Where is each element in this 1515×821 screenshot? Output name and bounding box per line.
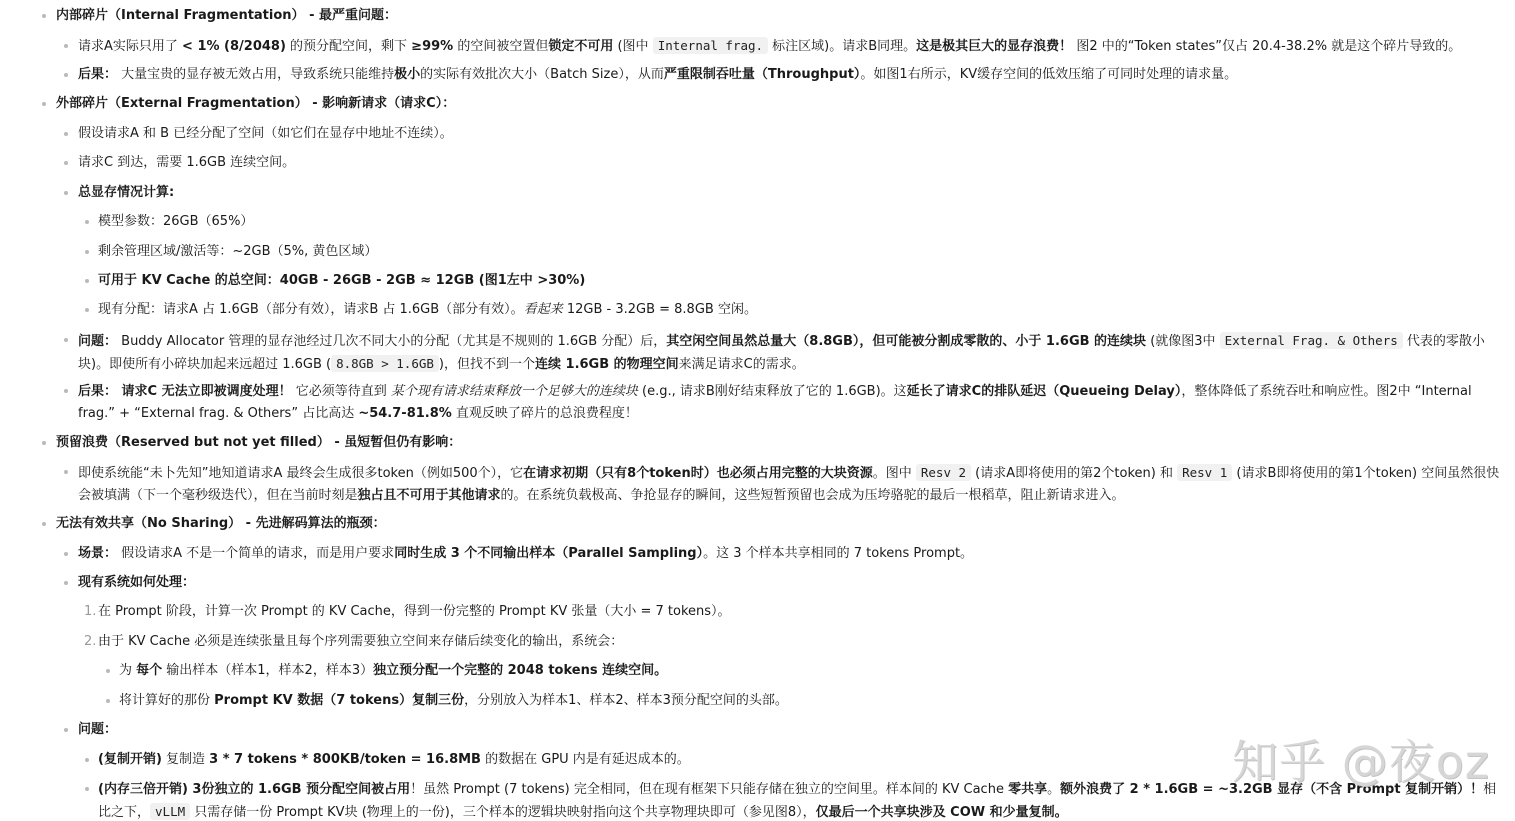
inline-code: Resv 2 <box>916 464 971 481</box>
heading-text: 外部碎片（External Fragmentation） <box>56 96 308 111</box>
text: 假设请求A 不是一个简单的请求，而是用户要求 <box>117 546 394 561</box>
bullet-icon <box>85 279 89 283</box>
paragraph-scene: 场景： 假设请求A 不是一个简单的请求，而是用户要求同时生成 3 个不同输出样本… <box>78 544 973 564</box>
paragraph-internal-2: 后果： 大量宝贵的显存被无效占用，导致系统只能维持极小的实际有效批次大小（Bat… <box>78 65 1237 85</box>
bold-text: 同时生成 3 个不同输出样本（Parallel Sampling） <box>394 546 703 561</box>
heading-subtitle: - 虽短暂但仍有影响： <box>330 435 461 450</box>
bold-text: 严重限制吞吐量（Throughput） <box>664 67 861 82</box>
label: 场景： <box>78 546 117 561</box>
bullet-icon <box>64 338 68 342</box>
heading-subtitle: - 先进解码算法的瓶颈： <box>241 516 385 531</box>
sub-step-2: 将计算好的那份 Prompt KV 数据（7 tokens）复制三份，分别放入为… <box>119 691 788 711</box>
heading-text: 无法有效共享（No Sharing） <box>56 516 241 531</box>
paragraph-external-consequence: 后果： 请求C 无法立即被调度处理！ 它必须等待直到 某个现有请求结束释放一个足… <box>78 381 1498 425</box>
bold-text: 仅最后一个共享块涉及 COW 和少量复制。 <box>816 805 1068 820</box>
text: 现有分配：请求A 占 1.6GB（部分有效），请求B 占 1.6GB（部分有效）… <box>98 302 524 317</box>
text: 的预分配空间，剩下 <box>286 39 411 54</box>
text: Buddy Allocator 管理的显存池经过几次不同大小的分配（尤其是不规则… <box>117 334 666 349</box>
bullet-icon <box>85 758 89 762</box>
bullet-icon <box>85 220 89 224</box>
bold-text: Prompt KV 数据（7 tokens）复制三份 <box>214 693 464 708</box>
heading-subtitle: - 影响新请求（请求C）： <box>308 96 456 111</box>
heading-subtitle: - 最严重问题： <box>305 8 397 23</box>
heading-text: 内部碎片（Internal Fragmentation） <box>56 8 305 23</box>
section-heading-internal: 内部碎片（Internal Fragmentation） - 最严重问题： <box>56 6 397 26</box>
problem-heading: 问题： <box>78 720 117 740</box>
bold-text: 极小 <box>394 67 420 82</box>
bullet-icon <box>64 191 68 195</box>
text: (图中 <box>613 39 652 54</box>
text: 的空间被空置但 <box>453 39 548 54</box>
inline-code: External Frag. & Others <box>1220 332 1403 349</box>
bold-text: 请求C 无法立即被调度处理！ <box>117 384 292 399</box>
bold-text: 延长了请求C的排队延迟（Queueing Delay） <box>907 384 1182 399</box>
handle-heading: 现有系统如何处理： <box>78 573 195 593</box>
bold-text: 其空闲空间虽然总量大（8.8GB），但可能被分割成零散的、小于 1.6GB 的连… <box>666 334 1146 349</box>
text: 的实际有效批次大小（Batch Size），从而 <box>420 67 664 82</box>
text: 输出样本（样本1，样本2，样本3） <box>162 663 373 678</box>
bold-text: (内存三倍开销) 3份独立的 1.6GB 预分配空间被占用 <box>98 782 410 797</box>
text: 的。在系统负载极高、争抢显存的瞬间，这些短暂预留也会成为压垮骆驼的最后一根稻草，… <box>501 488 1125 503</box>
label: 问题： <box>78 334 117 349</box>
calc-item-4: 现有分配：请求A 占 1.6GB（部分有效），请求B 占 1.6GB（部分有效）… <box>98 300 757 320</box>
step-1: 在 Prompt 阶段，计算一次 Prompt 的 KV Cache，得到一份完… <box>98 602 731 622</box>
bold-text: 每个 <box>136 663 162 678</box>
text: 来满足请求C的需求。 <box>679 357 805 372</box>
text: 即使系统能“未卜先知”地知道请求A 最终会生成很多token（例如500个），它 <box>78 466 523 481</box>
bullet-icon <box>64 552 68 556</box>
bullet-icon <box>106 699 110 703</box>
text: 。图中 <box>873 466 916 481</box>
bullet-icon <box>42 14 46 18</box>
step-number: 2. <box>84 632 96 652</box>
problem-item-1: (复制开销) 复制造 3 * 7 tokens * 800KB/token = … <box>98 750 690 770</box>
label: 后果： <box>78 67 117 82</box>
text: 标注区域)。请求B同理。 <box>768 39 916 54</box>
bullet-icon <box>64 470 68 474</box>
bullet-icon <box>64 73 68 77</box>
bullet-icon <box>64 132 68 136</box>
paragraph-external-1: 假设请求A 和 B 已经分配了空间（如它们在显存中地址不连续）。 <box>78 124 453 144</box>
text: 请求A实际只用了 <box>78 39 182 54</box>
paragraph-external-2: 请求C 到达，需要 1.6GB 连续空间。 <box>78 153 295 173</box>
watermark: 知乎 @夜oz <box>1232 726 1490 792</box>
bullet-icon <box>106 669 110 673</box>
text: 12GB - 3.2GB = 8.8GB 空闲。 <box>563 302 757 317</box>
inline-code: vLLM <box>150 803 190 820</box>
bullet-icon <box>64 389 68 393</box>
text: (请求A即将使用的第2个token) 和 <box>971 466 1177 481</box>
step-2: 由于 KV Cache 必须是连续张量且每个序列需要独立空间来存储后续变化的输出… <box>98 632 623 652</box>
text: 。 <box>1047 782 1060 797</box>
paragraph-external-problem: 问题： Buddy Allocator 管理的显存池经过几次不同大小的分配（尤其… <box>78 330 1508 376</box>
text: 为 <box>119 663 136 678</box>
inline-code: 8.8GB > 1.6GB <box>331 355 439 372</box>
bullet-icon <box>42 102 46 106</box>
bullet-icon <box>64 44 68 48</box>
step-number: 1. <box>84 602 96 622</box>
bullet-icon <box>85 250 89 254</box>
bold-text: 独占且不可用于其他请求 <box>358 488 501 503</box>
text: 大量宝贵的显存被无效占用，导致系统只能维持 <box>117 67 394 82</box>
text: 图2 中的“Token states”仅占 20.4-38.2% 就是这个碎片导… <box>1072 39 1461 54</box>
bullet-icon <box>64 161 68 165</box>
calc-item-3: 可用于 KV Cache 的总空间：40GB - 26GB - 2GB ≈ 12… <box>98 271 585 291</box>
text: 只需存储一份 Prompt KV块 (物理上的一份)，三个样本的逻辑块映射指向这… <box>190 805 816 820</box>
text: 直观反映了碎片的总浪费程度！ <box>452 406 638 421</box>
bold-text: 独立预分配一个完整的 2048 tokens 连续空间。 <box>373 663 667 678</box>
text: 。这 3 个样本共享相同的 7 tokens Prompt。 <box>703 546 973 561</box>
section-heading-reserved: 预留浪费（Reserved but not yet filled） - 虽短暂但… <box>56 433 461 453</box>
bold-text: ~54.7-81.8% <box>358 406 451 421</box>
bullet-icon <box>85 787 89 791</box>
bullet-icon <box>64 728 68 732</box>
section-heading-nosharing: 无法有效共享（No Sharing） - 先进解码算法的瓶颈： <box>56 514 386 534</box>
inline-code: Internal frag. <box>653 37 768 54</box>
text: (e.g., 请求B刚好结束释放了它的 1.6GB)。这 <box>638 384 907 399</box>
text: 。如图1右所示，KV缓存空间的低效压缩了可同时处理的请求量。 <box>860 67 1237 82</box>
bold-text: < 1% (8/2048) <box>182 39 286 54</box>
bold-text: 这是极其巨大的显存浪费！ <box>916 39 1072 54</box>
text: ！虽然 Prompt (7 tokens) 完全相同，但在现有框架下只能存储在独… <box>410 782 1008 797</box>
italic-text: 某个现有请求结束释放一个足够大的连续块 <box>391 384 638 399</box>
heading-text: 预留浪费（Reserved but not yet filled） <box>56 435 330 450</box>
text: ，分别放入为样本1、样本2、样本3预分配空间的头部。 <box>464 693 788 708</box>
text: 复制造 <box>162 752 209 767</box>
bullet-icon <box>85 308 89 312</box>
text: 它必须等待直到 <box>292 384 391 399</box>
calc-item-1: 模型参数：26GB（65%） <box>98 212 253 232</box>
bold-text: 锁定不可用 <box>548 39 613 54</box>
bold-text: 3 * 7 tokens * 800KB/token = 16.8MB <box>209 752 481 767</box>
paragraph-reserved-1: 即使系统能“未卜先知”地知道请求A 最终会生成很多token（例如500个），它… <box>78 462 1503 507</box>
bold-text: ≥99% <box>411 39 453 54</box>
bullet-icon <box>64 581 68 585</box>
inline-code: Resv 1 <box>1177 464 1232 481</box>
italic-text: 看起来 <box>524 302 563 317</box>
paragraph-internal-1: 请求A实际只用了 < 1% (8/2048) 的预分配空间，剩下 ≥99% 的空… <box>78 36 1461 57</box>
section-heading-external: 外部碎片（External Fragmentation） - 影响新请求（请求C… <box>56 94 455 114</box>
calc-item-2: 剩余管理区域/激活等：~2GB（5%, 黄色区域） <box>98 242 377 262</box>
calc-heading: 总显存情况计算: <box>78 183 174 203</box>
bold-text: 连续 1.6GB 的物理空间 <box>535 357 679 372</box>
bold-text: (复制开销) <box>98 752 162 767</box>
sub-step-1: 为 每个 输出样本（样本1，样本2，样本3）独立预分配一个完整的 2048 to… <box>119 661 667 681</box>
text: )，但找不到一个 <box>439 357 535 372</box>
bullet-icon <box>42 441 46 445</box>
label: 后果： <box>78 384 117 399</box>
bold-text: 零共享 <box>1008 782 1047 797</box>
text: (就像图3中 <box>1146 334 1220 349</box>
bullet-icon <box>42 522 46 526</box>
text: 将计算好的那份 <box>119 693 214 708</box>
bold-text: 在请求初期（只有8个token时）也必须占用完整的大块资源 <box>523 466 873 481</box>
text: 的数据在 GPU 内是有延迟成本的。 <box>481 752 690 767</box>
